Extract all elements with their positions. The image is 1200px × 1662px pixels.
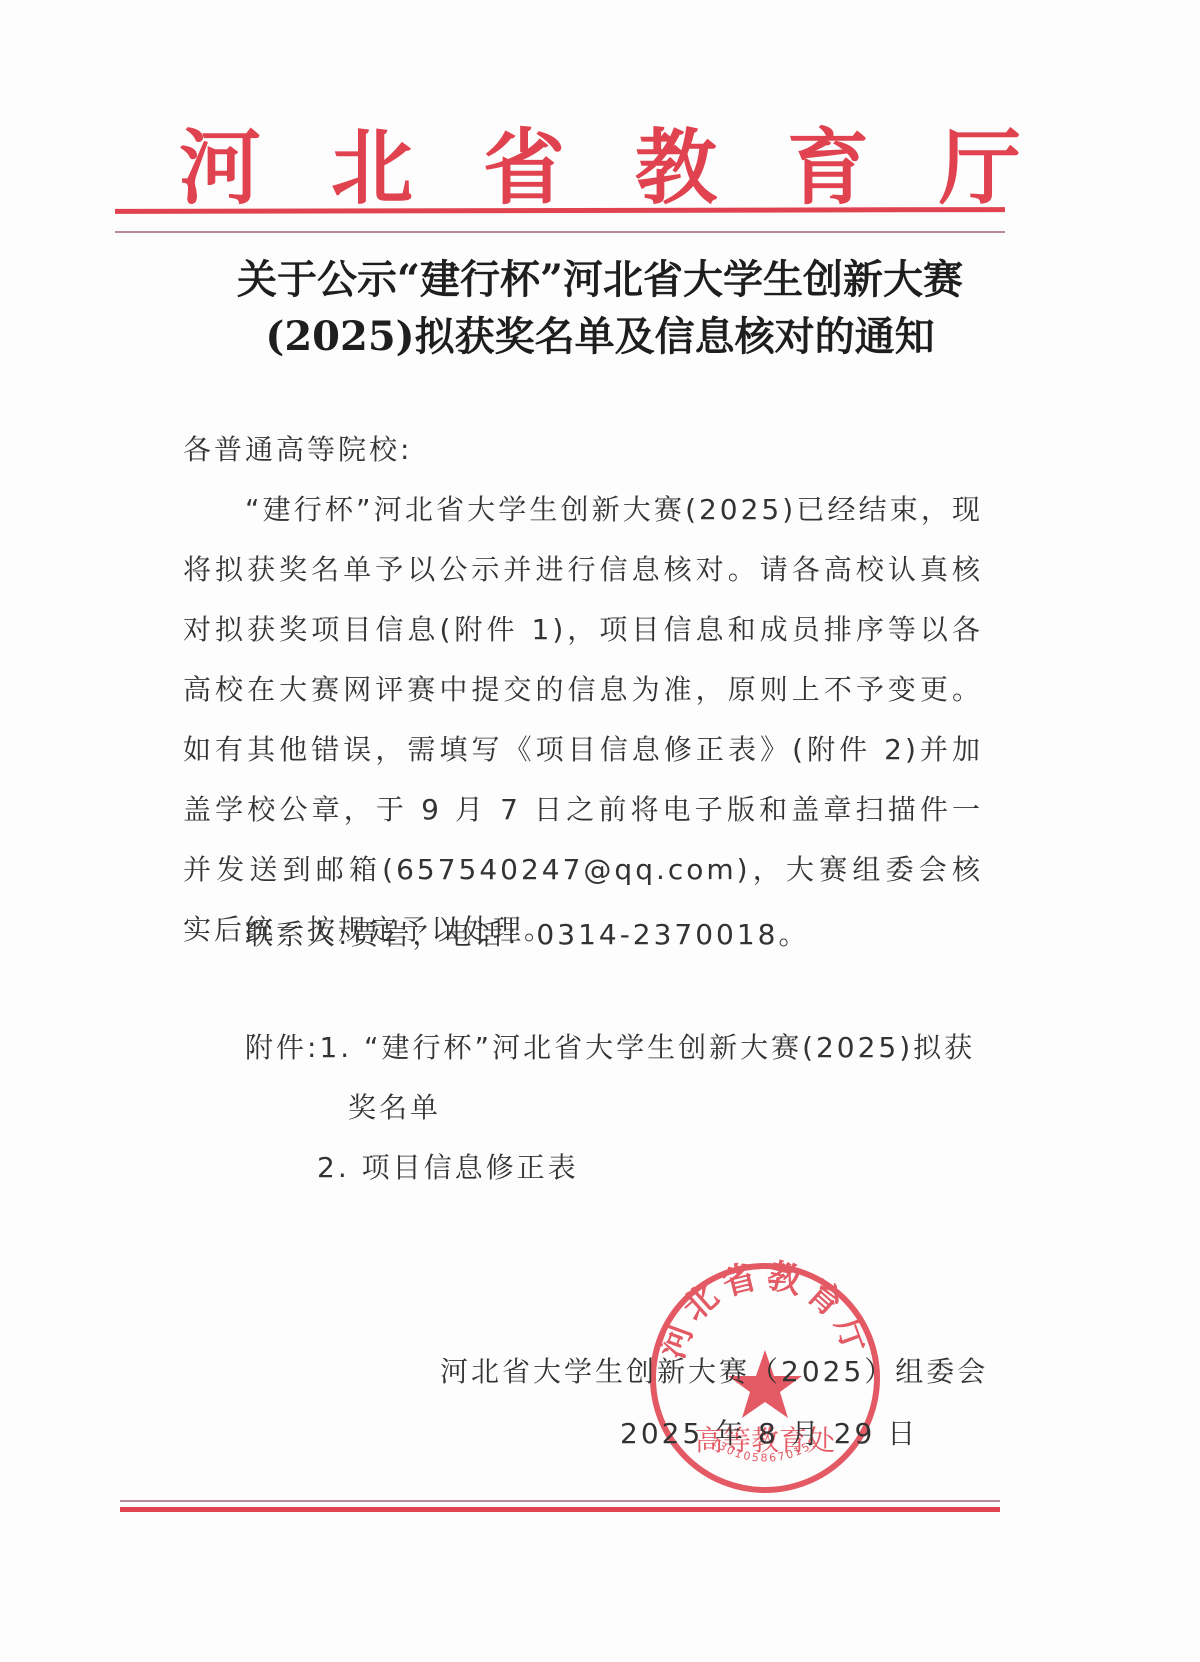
attachment-item-2: 2. 项目信息修正表 <box>245 1138 985 1198</box>
letterhead-char: 育 <box>778 118 878 218</box>
contact-line: 联系人:贾岩，电话：0314-2370018。 <box>245 905 1045 965</box>
body-paragraph: “建行杯”河北省大学生创新大赛(2025)已经结束，现将拟获奖名单予以公示并进行… <box>183 480 983 960</box>
letterhead-char: 教 <box>626 118 726 218</box>
attachments: 附件:1. “建行杯”河北省大学生创新大赛(2025)拟获 奖名单 2. 项目信… <box>245 1018 985 1198</box>
attachment-item-1: 1. “建行杯”河北省大学生创新大赛(2025)拟获 <box>319 1031 975 1064</box>
letterhead: 河 北 省 教 育 厅 <box>170 118 1030 218</box>
letterhead-char: 省 <box>474 118 574 218</box>
attachments-label: 附件: <box>245 1031 319 1064</box>
attachment-item-1-continued: 奖名单 <box>245 1078 985 1138</box>
document-title-line2: (2025)拟获奖名单及信息核对的通知 <box>150 305 1050 362</box>
salutation: 各普通高等院校: <box>183 420 983 480</box>
letterhead-char: 厅 <box>930 118 1030 218</box>
document-title-line1: 关于公示“建行杯”河北省大学生创新大赛 <box>150 248 1050 305</box>
header-rule-thin <box>115 231 1005 233</box>
svg-text:河北省教育厅: 河北省教育厅 <box>652 1258 878 1364</box>
footer-rule-thick <box>120 1507 1000 1512</box>
document-page: 河 北 省 教 育 厅 关于公示“建行杯”河北省大学生创新大赛 (2025)拟获… <box>0 0 1200 1662</box>
letterhead-char: 河 <box>170 118 270 218</box>
signature-organization: 河北省大学生创新大赛（2025）组委会 <box>440 1350 1000 1390</box>
letterhead-char: 北 <box>322 118 422 218</box>
signature-date: 2025 年 8 月 29 日 <box>620 1412 918 1452</box>
footer-rule-thin <box>120 1500 1000 1502</box>
